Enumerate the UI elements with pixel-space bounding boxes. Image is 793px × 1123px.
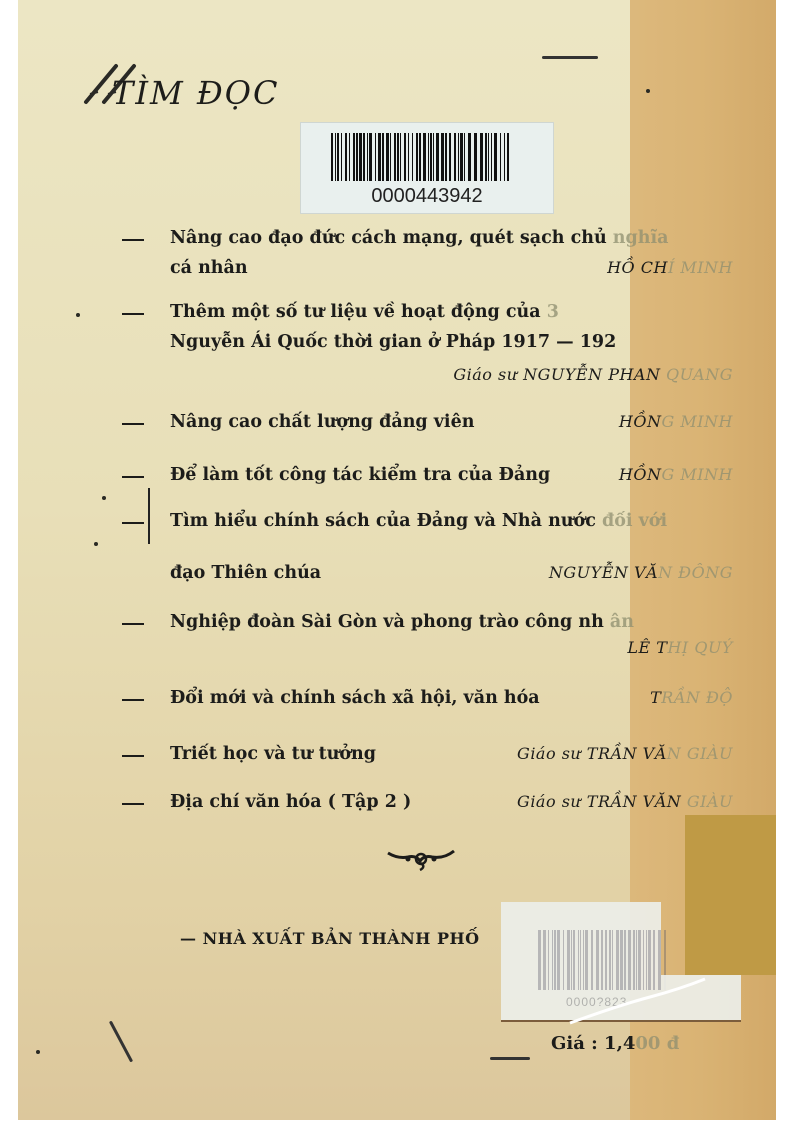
book-author: HỒ CHÍ MINH (607, 258, 733, 277)
price: Giá : 1,400 đ (551, 1033, 679, 1054)
tape-patch (685, 815, 776, 975)
book-author: Giáo sư TRẦN VĂN GIÀU (517, 744, 733, 763)
book-author-faded: QUANG (660, 365, 733, 384)
book-title: Địa chí văn hóa ( Tập 2 ) (170, 792, 411, 812)
speck (76, 313, 80, 317)
book-author-faded: G MINH (661, 412, 733, 431)
book-author-faded: Í MINH (668, 258, 733, 277)
book-author: HỒNG MINH (619, 465, 733, 484)
price-faded: 00 đ (635, 1033, 679, 1054)
book-title: Thêm một số tư liệu về hoạt động của 3 (170, 302, 559, 322)
book-title: Nghiệp đoàn Sài Gòn và phong trào công n… (170, 612, 634, 632)
speck (36, 1050, 40, 1054)
list-dash (122, 803, 144, 805)
book-title: Nguyễn Ái Quốc thời gian ở Pháp 1917 — 1… (170, 332, 616, 352)
list-dash (122, 755, 144, 757)
book-title: Để làm tốt công tác kiểm tra của Đảng (170, 465, 550, 485)
pen-mark (109, 1020, 133, 1062)
list-dash (122, 522, 144, 524)
speck (646, 89, 650, 93)
book-author-faded: HỊ QUÝ (667, 638, 733, 657)
list-dash (122, 239, 144, 241)
speck (94, 542, 98, 546)
check-mark-icon (82, 60, 122, 106)
list-dash (122, 623, 144, 625)
book-title: Tìm hiểu chính sách của Đảng và Nhà nước… (170, 511, 667, 531)
publisher-name: — NHÀ XUẤT BẢN THÀNH PHỐ (180, 929, 480, 948)
page-heading: TÌM ĐỌC (112, 74, 279, 112)
book-author: Giáo sư NGUYỄN PHAN QUANG (453, 365, 733, 384)
barcode-icon (331, 133, 511, 181)
book-author: TRẦN ĐỘ (650, 688, 733, 707)
book-title: Nâng cao đạo đức cách mạng, quét sạch ch… (170, 228, 668, 248)
speck (102, 496, 106, 500)
price-label: Giá : 1,4 (551, 1033, 635, 1054)
book-title: Nâng cao chất lượng đảng viên (170, 412, 474, 432)
barcode-number: 0000443942 (301, 185, 553, 208)
book-author-faded: G MINH (661, 465, 733, 484)
pen-mark (490, 1057, 530, 1060)
book-title: Triết học và tư tưởng (170, 744, 376, 764)
margin-bracket (148, 488, 153, 544)
list-dash (122, 699, 144, 701)
barcode-label: 0000443942 (300, 122, 554, 214)
list-dash (122, 313, 144, 315)
book-author-faded: N GIÀU (667, 744, 733, 763)
fleuron-ornament-icon (386, 849, 456, 871)
book-author: Giáo sư TRẦN VĂN GIÀU (517, 792, 733, 811)
string-icon (560, 975, 710, 1025)
book-author-faded: GIÀU (681, 792, 733, 811)
book-author-faded: N ĐÔNG (658, 563, 733, 582)
book-author: NGUYỄN VĂN ĐÔNG (549, 563, 733, 582)
book-title-faded: ân (604, 612, 634, 632)
list-dash (122, 476, 144, 478)
book-author-faded: RẦN ĐỘ (661, 688, 733, 707)
book-author: HỒNG MINH (619, 412, 733, 431)
book-title: Đổi mới và chính sách xã hội, văn hóa (170, 688, 540, 708)
book-title: cá nhân (170, 258, 248, 278)
pen-mark (542, 56, 598, 59)
book-title-faded: nghĩa (607, 228, 669, 248)
book-title-faded: 3 (541, 302, 559, 322)
list-dash (122, 423, 144, 425)
book-title: đạo Thiên chúa (170, 563, 321, 583)
book-author: LÊ THỊ QUÝ (627, 638, 733, 657)
book-title-faded: đối với (596, 511, 667, 531)
